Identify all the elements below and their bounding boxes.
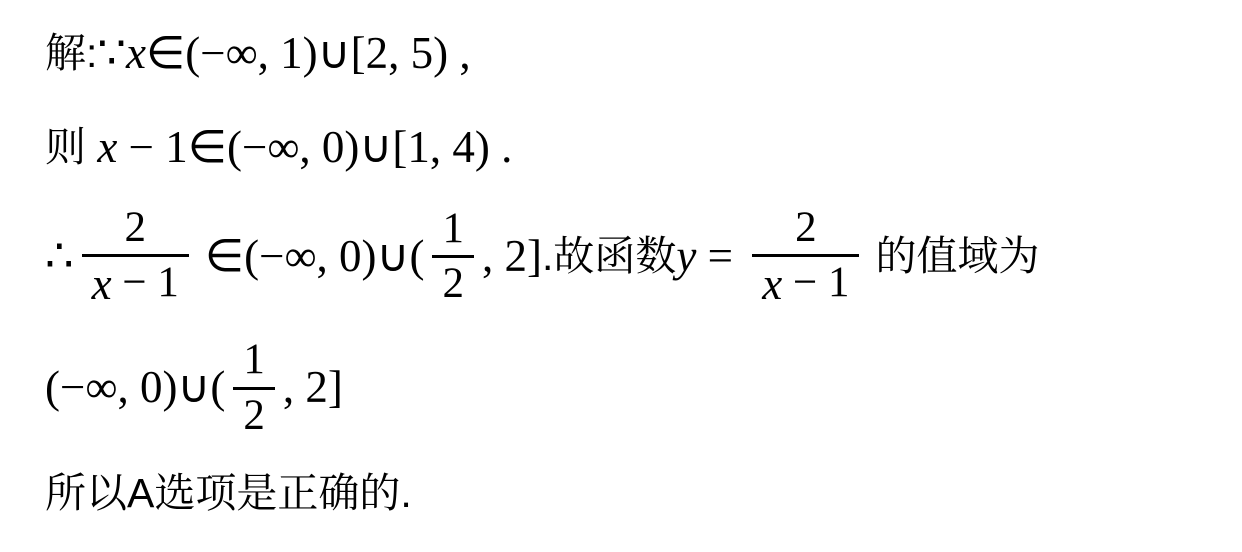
fraction-one-half: 1 2 xyxy=(233,336,275,439)
denominator-variable: x xyxy=(762,259,782,311)
fraction-2-over-x-minus-1: 2 x − 1 xyxy=(752,204,859,311)
denominator-rest: − 1 xyxy=(782,259,849,311)
line1-variable: x xyxy=(126,28,146,80)
line2-label: 则 xyxy=(45,122,97,173)
solution-line-3: ∴ 2 x − 1 ∈(−∞, 0)∪( 1 2 , 2] . 故函数 y = … xyxy=(45,204,1232,311)
line1-label: 解: xyxy=(45,28,97,79)
line3-function-variable: y xyxy=(676,231,696,283)
line3-chinese-text-1: 故函数 xyxy=(553,231,676,282)
line4-interval-close: , 2] xyxy=(283,362,343,414)
conclusion-text: 所以A选项是正确的. xyxy=(45,468,412,519)
line2-interval-expression: − 1∈(−∞, 0)∪[1, 4) xyxy=(117,122,489,174)
line2-variable: x xyxy=(97,122,117,174)
line1-interval-expression: ∈(−∞, 1)∪[2, 5) xyxy=(146,28,448,80)
solution-line-2: 则 x − 1∈(−∞, 0)∪[1, 4) . xyxy=(45,122,1232,174)
equals-sign: = xyxy=(696,231,744,283)
fraction-denominator: 2 xyxy=(432,255,474,308)
line3-interval-expression: ∈(−∞, 0)∪( xyxy=(205,231,425,283)
solution-page: 解: ∵ x ∈(−∞, 1)∪[2, 5) , 则 x − 1∈(−∞, 0)… xyxy=(0,0,1242,552)
therefore-symbol: ∴ xyxy=(45,231,74,283)
line4-interval-expression: (−∞, 0)∪( xyxy=(45,362,225,414)
line2-trailing-period: . xyxy=(490,122,513,174)
line1-trailing-comma: , xyxy=(448,28,471,80)
line3-interval-close: , 2] xyxy=(482,231,542,283)
fraction-numerator: 2 xyxy=(115,204,157,254)
denominator-variable: x xyxy=(92,259,112,311)
fraction-one-half: 1 2 xyxy=(432,205,474,308)
fraction-numerator: 1 xyxy=(233,336,275,386)
fraction-denominator: x − 1 xyxy=(752,254,859,311)
fraction-denominator: x − 1 xyxy=(82,254,189,311)
solution-line-5: 所以A选项是正确的. xyxy=(45,468,1232,519)
denominator-rest: − 1 xyxy=(112,259,179,311)
solution-line-4: (−∞, 0)∪( 1 2 , 2] xyxy=(45,336,1232,439)
line3-chinese-text-2: 的值域为 xyxy=(875,231,1039,282)
fraction-denominator: 2 xyxy=(233,387,275,440)
fraction-2-over-x-minus-1: 2 x − 1 xyxy=(82,204,189,311)
fraction-numerator: 1 xyxy=(432,205,474,255)
line3-period: . xyxy=(542,231,553,282)
fraction-numerator: 2 xyxy=(785,204,827,254)
because-symbol: ∵ xyxy=(97,28,126,80)
solution-line-1: 解: ∵ x ∈(−∞, 1)∪[2, 5) , xyxy=(45,28,1232,80)
